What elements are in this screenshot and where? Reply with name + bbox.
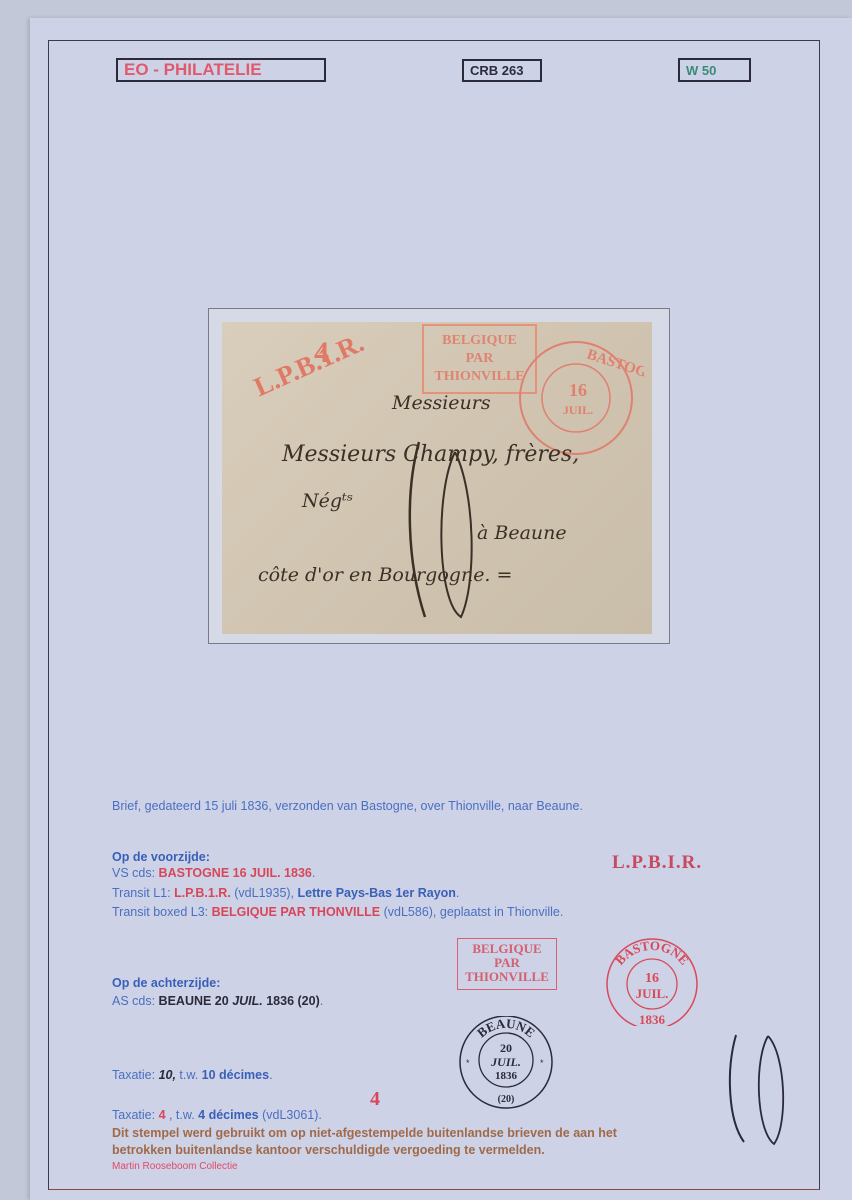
svg-text:BEAUNE: BEAUNE (474, 1016, 538, 1040)
header-code: CRB 263 (462, 59, 542, 82)
tax-line-10: Taxatie: 10, t.w. 10 décimes. (112, 1068, 273, 1082)
svg-text:*: * (466, 1058, 470, 1068)
note-line-2: betrokken buitenlandse kantoor verschuld… (112, 1143, 545, 1157)
svg-text:BASTOGNE: BASTOGNE (612, 938, 692, 968)
header-page-id: W 50 (678, 58, 751, 82)
illustration-tax-ten (722, 1030, 802, 1150)
back-heading: Op de achterzijde: (112, 976, 220, 990)
svg-text:(20): (20) (498, 1094, 515, 1105)
svg-text:JUIL.: JUIL. (490, 1055, 521, 1069)
illustration-lpbir: L.P.B.I.R. (612, 852, 702, 874)
svg-text:JUIL.: JUIL. (563, 403, 593, 417)
collection-credit: Martin Rooseboom Collectie (112, 1161, 238, 1172)
address-line-4: à Beaune (477, 522, 567, 544)
header-title: EO - PHILATELIE (116, 58, 326, 82)
svg-text:20: 20 (500, 1041, 512, 1055)
illustration-bastogne-cds: BASTOGNE 16 JUIL. 1836 (600, 938, 704, 1026)
front-line-vs: VS cds: BASTOGNE 16 JUIL. 1836. (112, 866, 315, 880)
letter-lpb1r-stamp: L.P.B.1.R. (249, 327, 368, 403)
front-heading: Op de voorzijde: (112, 850, 210, 864)
cover-letter: 4 L.P.B.1.R. BELGIQUEPARTHIONVILLE 16 JU… (222, 322, 652, 634)
back-line-as: AS cds: BEAUNE 20 JUIL. 1836 (20). (112, 994, 323, 1008)
svg-text:1836: 1836 (639, 1012, 666, 1026)
svg-text:1836: 1836 (495, 1070, 518, 1082)
svg-text:*: * (540, 1058, 544, 1068)
svg-text:BASTOGNE: BASTOGNE (585, 347, 644, 388)
address-line-1: Messieurs (392, 392, 491, 414)
intro-text: Brief, gedateerd 15 juli 1836, verzonden… (112, 799, 583, 813)
illustration-beaune-cds: BEAUNE 20 JUIL. 1836 (20) * * (456, 1016, 556, 1114)
illustration-tax-four: 4 (370, 1088, 380, 1111)
front-line-transit-l1: Transit L1: L.P.B.1.R. (vdL1935), Lettre… (112, 886, 459, 900)
svg-text:16: 16 (645, 971, 659, 986)
svg-text:16: 16 (569, 380, 587, 400)
illustration-boxed-stamp: BELGIQUEPARTHIONVILLE (457, 938, 557, 990)
address-line-3: Négᵗˢ (302, 490, 353, 512)
note-line-1: Dit stempel werd gebruikt om op niet-afg… (112, 1126, 617, 1140)
front-line-transit-l3: Transit boxed L3: BELGIQUE PAR THONVILLE… (112, 905, 563, 919)
tax-line-4: Taxatie: 4 , t.w. 4 décimes (vdL3061). (112, 1108, 322, 1122)
letter-handwritten-tax (397, 432, 487, 632)
svg-text:JUIL.: JUIL. (636, 986, 669, 1001)
